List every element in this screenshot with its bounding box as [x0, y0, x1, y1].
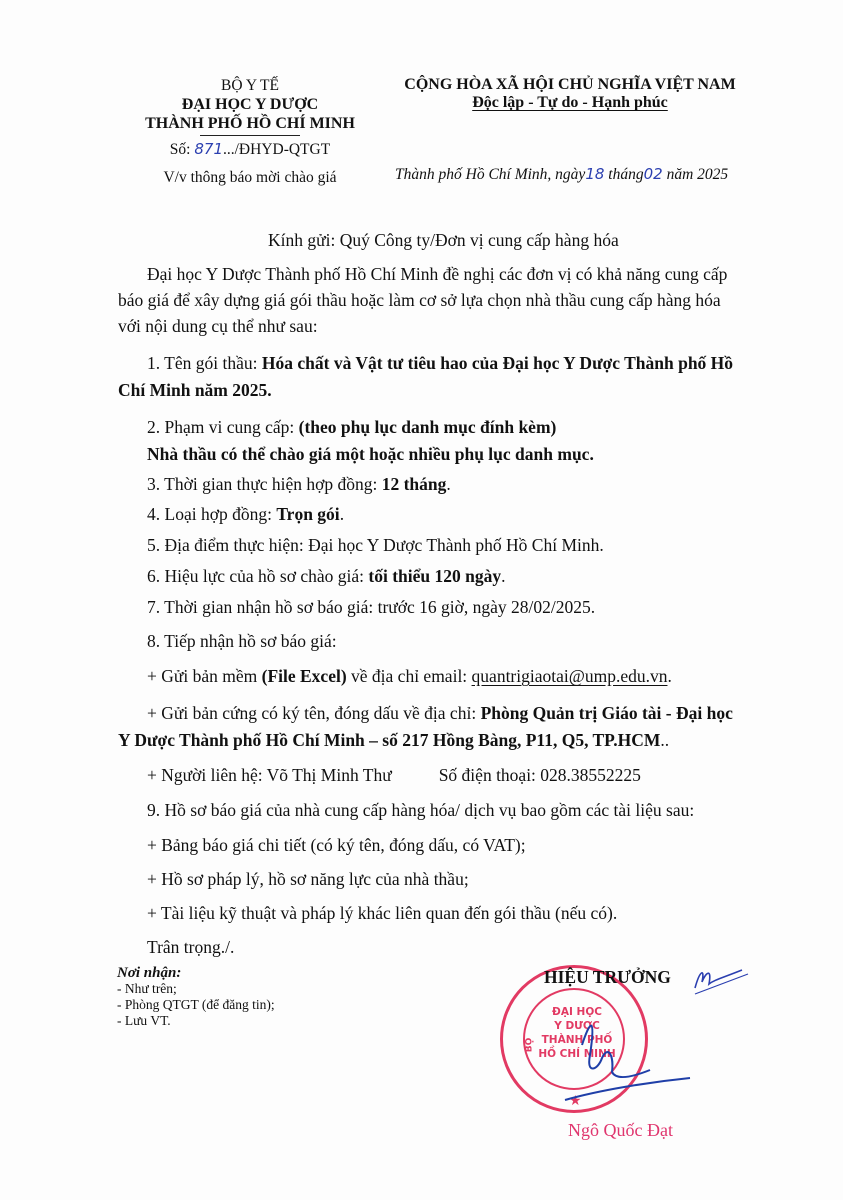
recipients-heading: Nơi nhận:: [117, 965, 275, 981]
intro-line-2: báo giá để xây dựng giá gói thầu hoặc là…: [0, 290, 843, 311]
item-6: 6. Hiệu lực của hồ sơ chào giá: tối thiể…: [0, 566, 843, 587]
national-header-block: CỘNG HÒA XÃ HỘI CHỦ NGHĨA VIỆT NAM Độc l…: [360, 76, 780, 112]
document-subject: V/v thông báo mời chào giá: [110, 168, 390, 187]
item-8-hard-copy: + Gửi bản cứng có ký tên, đóng dấu về đị…: [0, 703, 843, 724]
recipient-item: - Lưu VT.: [117, 1013, 275, 1029]
nation-title: CỘNG HÒA XÃ HỘI CHỦ NGHĨA VIỆT NAM: [360, 76, 780, 94]
header-divider: [200, 135, 300, 136]
signer-name: Ngô Quốc Đạt: [568, 1120, 673, 1141]
email-link[interactable]: quantrigiaotai@ump.edu.vn: [472, 666, 668, 686]
recipient-item: - Như trên;: [117, 981, 275, 997]
item-2: 2. Phạm vi cung cấp: (theo phụ lục danh …: [0, 417, 843, 438]
salutation: Kính gửi: Quý Công ty/Đơn vị cung cấp hà…: [0, 230, 843, 251]
national-motto: Độc lập - Tự do - Hạnh phúc: [360, 94, 780, 112]
recipient-item: - Phòng QTGT (để đăng tin);: [117, 997, 275, 1013]
item-4: 4. Loại hợp đồng: Trọn gói.: [0, 504, 843, 525]
item-1: 1. Tên gói thầu: Hóa chất và Vật tư tiêu…: [0, 353, 843, 374]
item-2-note: Nhà thầu có thể chào giá một hoặc nhiều …: [0, 444, 843, 465]
item-9-doc-3: + Tài liệu kỹ thuật và pháp lý khác liên…: [0, 903, 843, 924]
intro-line-1: Đại học Y Dược Thành phố Hồ Chí Minh đề …: [0, 264, 843, 285]
date-line: Thành phố Hồ Chí Minh, ngày18 tháng02 nă…: [395, 165, 728, 184]
handwritten-day: 18: [585, 165, 604, 183]
signature-block: ĐẠI HỌC Y DƯỢC THÀNH PHỐ HỒ CHÍ MINH BỘ …: [490, 960, 770, 1150]
item-8-soft-copy: + Gửi bản mềm (File Excel) về địa chỉ em…: [0, 666, 843, 687]
intro-line-3: với nội dung cụ thể như sau:: [0, 316, 843, 337]
ministry-name: BỘ Y TẾ: [110, 76, 390, 95]
item-3: 3. Thời gian thực hiện hợp đồng: 12 thán…: [0, 474, 843, 495]
document-number: Số: 871.../ĐHYD-QTGT: [110, 140, 390, 159]
item-9: 9. Hồ sơ báo giá của nhà cung cấp hàng h…: [0, 800, 843, 821]
contact-phone: Số điện thoại: 028.38552225: [439, 765, 641, 785]
item-7: 7. Thời gian nhận hồ sơ báo giá: trước 1…: [0, 597, 843, 618]
item-8: 8. Tiếp nhận hồ sơ báo giá:: [0, 631, 843, 652]
university-name-line2: THÀNH PHỐ HỒ CHÍ MINH: [110, 114, 390, 133]
handwritten-number: 871: [194, 140, 223, 158]
item-9-doc-1: + Bảng báo giá chi tiết (có ký tên, đóng…: [0, 835, 843, 856]
issuing-agency-block: BỘ Y TẾ ĐẠI HỌC Y DƯỢC THÀNH PHỐ HỒ CHÍ …: [110, 76, 390, 187]
item-8-contact: + Người liên hệ: Võ Thị Minh ThưSố điện …: [0, 765, 843, 786]
item-8-hard-copy-continued: Y Dược Thành phố Hồ Chí Minh – số 217 Hồ…: [0, 730, 843, 751]
item-1-continued: Chí Minh năm 2025.: [0, 380, 843, 401]
recipients-block: Nơi nhận: - Như trên; - Phòng QTGT (để đ…: [117, 965, 275, 1029]
university-name-line1: ĐẠI HỌC Y DƯỢC: [110, 95, 390, 114]
handwritten-month: 02: [644, 165, 663, 183]
closing: Trân trọng./.: [0, 937, 843, 958]
item-5: 5. Địa điểm thực hiện: Đại học Y Dược Th…: [0, 535, 843, 556]
item-9-doc-2: + Hồ sơ pháp lý, hồ sơ năng lực của nhà …: [0, 869, 843, 890]
